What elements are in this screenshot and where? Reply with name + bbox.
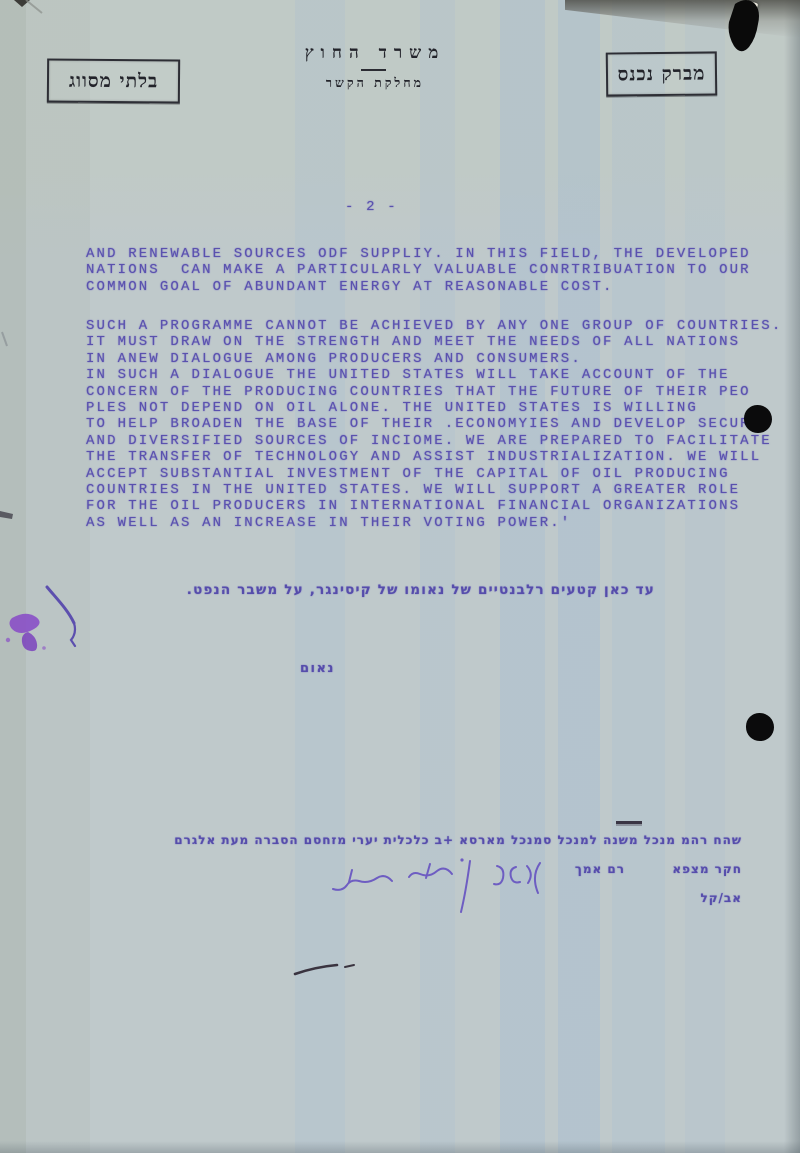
- typed-line: PLES NOT DEPEND ON OIL ALONE. THE UNITED…: [86, 400, 782, 416]
- distribution-line-3: אב/קל: [700, 891, 742, 905]
- distribution-line-2b: רם אמך: [575, 862, 625, 876]
- scan-dark-corner-band: [565, 0, 800, 38]
- hole-punch-bottom: [746, 713, 774, 741]
- ministry-title: משרד החוץ: [0, 43, 750, 63]
- page-number: - 2 -: [345, 199, 398, 215]
- distribution-line-1: שהח רהמ מנכל משנה למנכל סמנכל מארסא +ב כ…: [174, 833, 742, 847]
- typed-line: IN SUCH A DIALOGUE THE UNITED STATES WIL…: [86, 367, 782, 383]
- scanned-telegram-page: מברק נכנס בלתי מסווג משרד החוץ מחלקת הקש…: [0, 0, 800, 1153]
- pen-dash-bottom: [295, 965, 354, 974]
- hebrew-summary-line: עד כאן קטעים רלבנטיים של נאומו של קיסינג…: [187, 582, 655, 598]
- typed-line: SUCH A PROGRAMME CANNOT BE ACHIEVED BY A…: [86, 318, 782, 334]
- typed-line: AND RENEWABLE SOURCES ODF SUPPLIY. IN TH…: [86, 246, 751, 262]
- scan-nick-top-left: [14, 0, 30, 7]
- typed-line: FOR THE OIL PRODUCERS IN INTERNATIONAL F…: [86, 498, 782, 514]
- typed-line: COMMON GOAL OF ABUNDANT ENERGY AT REASON…: [86, 279, 751, 295]
- scan-edge-bottom: [0, 1141, 800, 1153]
- pen-stroke-left: [47, 587, 75, 646]
- typed-line: IT MUST DRAW ON THE STRENGTH AND MEET TH…: [86, 334, 782, 350]
- left-edge-mark-faint: [2, 332, 7, 346]
- handwritten-note: [333, 858, 540, 912]
- english-paragraph-2: SUCH A PROGRAMME CANNOT BE ACHIEVED BY A…: [86, 318, 782, 531]
- left-edge-mark: [0, 511, 13, 519]
- distribution-line-2a: חקר מצפא: [672, 862, 742, 876]
- typed-line: AND DIVERSIFIED SOURCES OF INCIOME. WE A…: [86, 433, 782, 449]
- typed-line: THE TRANSFER OF TECHNOLOGY AND ASSIST IN…: [86, 449, 782, 465]
- typed-line: ACCEPT SUBSTANTIAL INVESTMENT OF THE CAP…: [86, 466, 782, 482]
- typed-line: AS WELL AS AN INCREASE IN THEIR VOTING P…: [86, 515, 782, 531]
- hole-punch-top: [744, 405, 772, 433]
- typed-line: TO HELP BROADEN THE BASE OF THEIR .ECONO…: [86, 416, 782, 432]
- header-divider: [361, 69, 386, 71]
- typed-line: NATIONS CAN MAKE A PARTICULARLY VALUABLE…: [86, 262, 751, 278]
- scan-edge-right: [784, 0, 800, 1153]
- ink-marks-overlay: [0, 0, 800, 1153]
- typed-line: COUNTRIES IN THE UNITED STATES. WE WILL …: [86, 482, 782, 498]
- typed-line: CONCERN OF THE PRODUCING COUNTRIES THAT …: [86, 384, 782, 400]
- distribution-underline: [616, 821, 642, 824]
- hebrew-label-word: נאום: [300, 661, 335, 676]
- typed-line: IN ANEW DIALOGUE AMONG PRODUCERS AND CON…: [86, 351, 782, 367]
- english-paragraph-1: AND RENEWABLE SOURCES ODF SUPPLIY. IN TH…: [86, 246, 751, 295]
- department-title: מחלקת הקשר: [0, 75, 750, 91]
- ink-blot-left: [6, 614, 46, 651]
